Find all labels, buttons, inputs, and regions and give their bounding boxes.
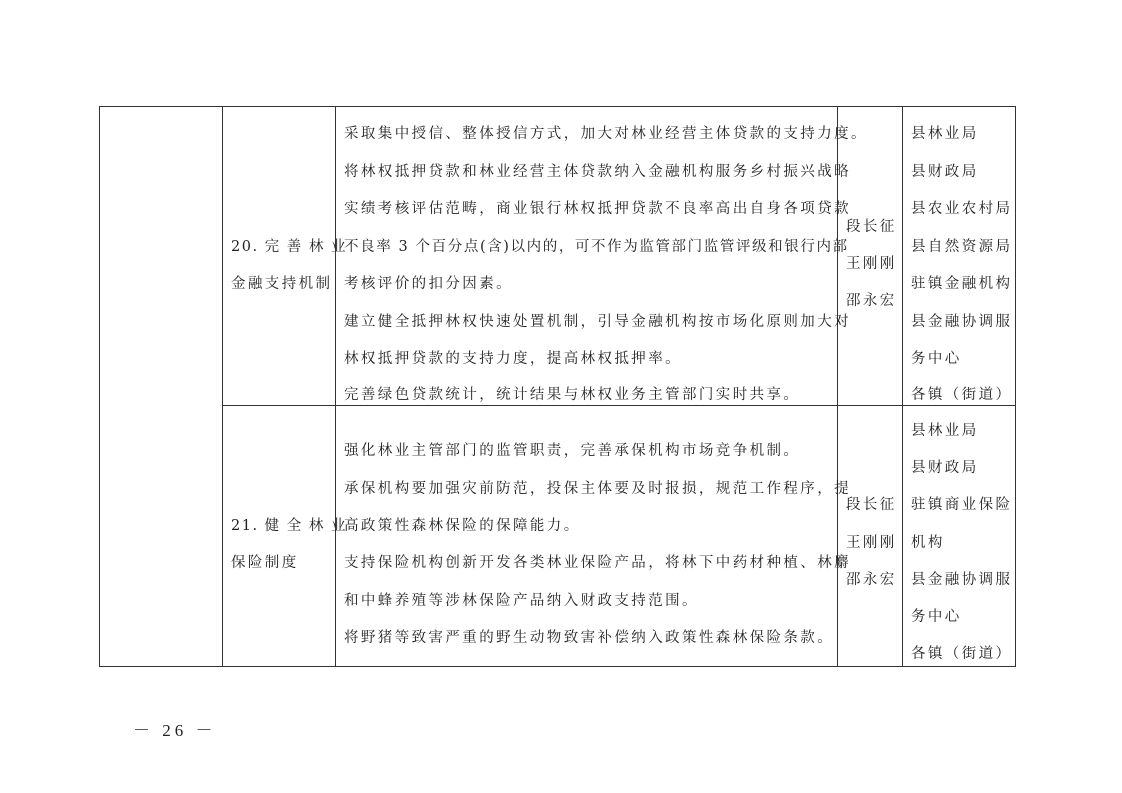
unit-name: 县农业农村局 <box>911 197 1012 218</box>
unit-name: 驻镇商业保险 <box>911 493 1012 514</box>
unit-name: 县财政局 <box>911 160 979 181</box>
content-line: 将野猪等致害严重的野生动物致害补偿纳入政策性森林保险条款。 <box>344 626 834 647</box>
unit-name: 务中心 <box>911 605 962 626</box>
content-line: 承保机构要加强灾前防范，投保主体要及时报损，规范工作程序，提 <box>344 477 851 498</box>
content-line: 高政策性森林保险的保障能力。 <box>344 514 581 535</box>
content-line: 实绩考核评估范畴，商业银行林权抵押贷款不良率高出自身各项贷款 <box>344 197 851 218</box>
leader-name: 段长征 <box>846 215 897 236</box>
leader-name: 段长征 <box>846 493 897 514</box>
unit-name: 驻镇金融机构 <box>911 272 1012 293</box>
leader-name: 邵永宏 <box>846 289 897 310</box>
content-line: 和中蜂养殖等涉林保险产品纳入财政支持范围。 <box>344 589 699 610</box>
unit-name: 县林业局 <box>911 419 979 440</box>
leader-name: 王刚刚 <box>846 531 897 552</box>
leader-name: 王刚刚 <box>846 252 897 273</box>
unit-name: 县林业局 <box>911 122 979 143</box>
content-line: 完善绿色贷款统计，统计结果与林权业务主管部门实时共享。 <box>344 383 800 404</box>
unit-name: 县财政局 <box>911 456 979 477</box>
row-21-title-line1: 21. 健 全 林 业 <box>231 514 347 535</box>
unit-name: 县金融协调服 <box>911 310 1012 331</box>
content-line: 支持保险机构创新开发各类林业保险产品，将林下中药材种植、林麝 <box>344 551 851 572</box>
row-21-leaders-cell: 段长征 王刚刚 邵永宏 <box>838 407 902 667</box>
row-20-title-cell: 20. 完 善 林 业 金融支持机制 <box>223 107 335 405</box>
measures-table: 20. 完 善 林 业 金融支持机制 采取集中授信、整体授信方式，加大对林业经营… <box>99 106 1016 667</box>
unit-name: 务中心 <box>911 347 962 368</box>
row-21-title-cell: 21. 健 全 林 业 保险制度 <box>223 407 335 667</box>
row-divider <box>222 405 1015 406</box>
content-line: 考核评价的扣分因素。 <box>344 272 513 293</box>
row-20-title-line1: 20. 完 善 林 业 <box>231 235 347 256</box>
unit-name: 县金融协调服 <box>911 568 1012 589</box>
row-21-units-cell: 县林业局 县财政局 驻镇商业保险 机构 县金融协调服 务中心 各镇（街道） <box>903 407 1015 667</box>
content-line: 林权抵押贷款的支持力度，提高林权抵押率。 <box>344 347 682 368</box>
unit-name: 各镇（街道） <box>911 383 1012 404</box>
page-number: － 26 － <box>133 716 217 741</box>
content-line: 不良率 3 个百分点(含)以内的，可不作为监管部门监管评级和银行内部 <box>344 235 849 256</box>
unit-name: 机构 <box>911 531 945 552</box>
row-21-content-cell: 强化林业主管部门的监管职责，完善承保机构市场竞争机制。 承保机构要加强灾前防范，… <box>336 407 837 667</box>
row-21-title-line2: 保险制度 <box>231 551 299 572</box>
row-20-title-line2: 金融支持机制 <box>231 272 332 293</box>
unit-name: 各镇（街道） <box>911 642 1012 663</box>
content-line: 建立健全抵押林权快速处置机制，引导金融机构按市场化原则加大对 <box>344 310 851 331</box>
unit-name: 县自然资源局 <box>911 235 1012 256</box>
row-20-units-cell: 县林业局 县财政局 县农业农村局 县自然资源局 驻镇金融机构 县金融协调服 务中… <box>903 107 1015 405</box>
row-20-leaders-cell: 段长征 王刚刚 邵永宏 <box>838 107 902 405</box>
row-20-content-cell: 采取集中授信、整体授信方式，加大对林业经营主体贷款的支持力度。 将林权抵押贷款和… <box>336 107 837 405</box>
content-line: 将林权抵押贷款和林业经营主体贷款纳入金融机构服务乡村振兴战略 <box>344 160 851 181</box>
content-line: 强化林业主管部门的监管职责，完善承保机构市场竞争机制。 <box>344 439 800 460</box>
content-line: 采取集中授信、整体授信方式，加大对林业经营主体贷款的支持力度。 <box>344 122 868 143</box>
leader-name: 邵永宏 <box>846 568 897 589</box>
